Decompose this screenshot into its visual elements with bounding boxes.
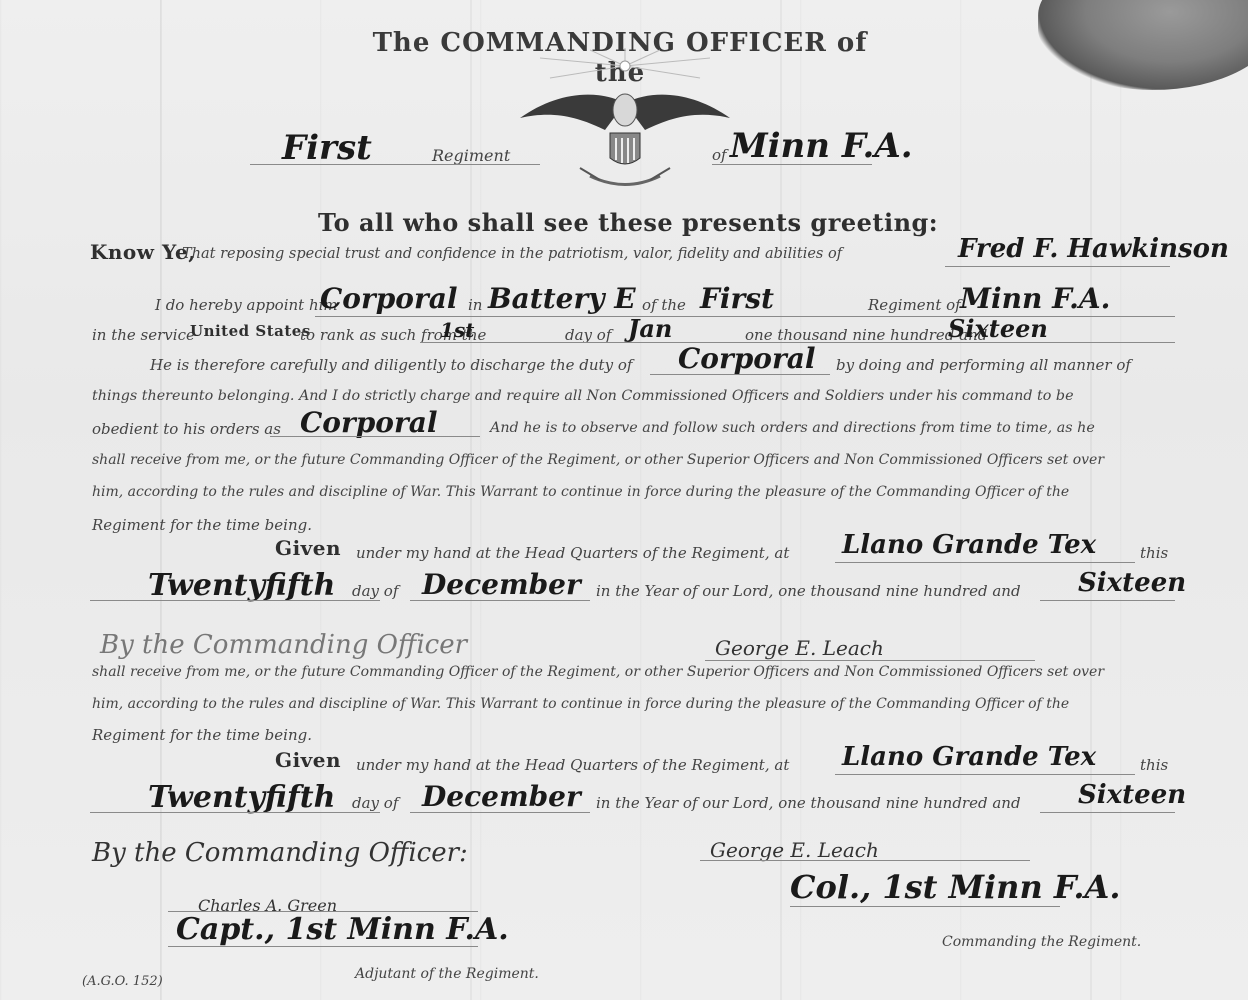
body-line-2-reg: Regiment of (868, 296, 961, 314)
given-text-d: in the Year of our Lord, one thousand ni… (596, 582, 1021, 600)
state-value: Minn F.A. (730, 126, 913, 166)
fill-line (835, 562, 1135, 563)
greeting-line: To all who shall see these presents gree… (318, 208, 938, 237)
rank-day: 1st (440, 318, 474, 342)
given-month: December (422, 568, 581, 601)
given-day: Twentyfifth (148, 780, 335, 815)
rank-month: Jan (628, 314, 672, 343)
signature-line (700, 860, 1030, 861)
battery-value: Battery E (488, 282, 636, 315)
given-year: Sixteen (1078, 780, 1186, 810)
fill-line (712, 164, 872, 165)
fill-line (270, 436, 480, 437)
body-line-2a: I do hereby appoint him (155, 296, 338, 314)
adjutant-title: Adjutant of the Regiment. (355, 966, 539, 982)
by-commanding-officer: By the Commanding Officer: (92, 838, 468, 868)
fill-line (410, 812, 590, 813)
given-text-d: in the Year of our Lord, one thousand ni… (596, 794, 1021, 812)
fill-line (250, 164, 540, 165)
fill-line (945, 266, 1170, 267)
overlay-signature: George E. Leach (715, 636, 884, 660)
body-line-4a: He is therefore carefully and diligently… (150, 356, 632, 374)
given-word: Given (275, 748, 341, 772)
fill-line (1040, 600, 1175, 601)
fill-line (90, 600, 380, 601)
body-line-2-in: in (468, 296, 482, 314)
body-line-1: That reposing special trust and confiden… (182, 246, 842, 262)
commander-title: Commanding the Regiment. (942, 934, 1141, 950)
regiment-label: Regiment (432, 146, 510, 165)
fill-line (1040, 812, 1175, 813)
signature-line (705, 660, 1035, 661)
overlay-line-9: Regiment for the time being. (92, 726, 312, 744)
body-line-6a: obedient to his orders as (92, 420, 281, 438)
body-line-9: Regiment for the time being. (92, 516, 312, 534)
fold-crease (1090, 0, 1092, 1000)
regiment-name: First (700, 282, 774, 315)
regiment-value: First (282, 128, 372, 168)
service-value: United States (190, 322, 311, 340)
eagle-shield-icon (500, 48, 750, 198)
form-number: (A.G.O. 152) (82, 974, 163, 989)
fill-line (650, 374, 830, 375)
commander-signature: George E. Leach (710, 838, 879, 862)
body-line-5: things thereunto belonging. And I do str… (92, 388, 1074, 404)
given-place: Llano Grande Tex (842, 530, 1096, 560)
body-line-4b: by doing and performing all manner of (836, 356, 1131, 374)
know-ye: Know Ye, (90, 240, 196, 264)
given-month: December (422, 780, 581, 813)
given-text-a: under my hand at the Head Quarters of th… (356, 544, 789, 562)
duty-rank: Corporal (678, 342, 816, 375)
given-text-c: day of (352, 794, 398, 812)
fill-line (835, 774, 1135, 775)
body-line-3a: in the service (92, 326, 195, 344)
body-line-8: him, according to the rules and discipli… (92, 484, 1069, 500)
of-label: of (712, 146, 727, 164)
given-place: Llano Grande Tex (842, 742, 1096, 772)
fill-line (410, 600, 590, 601)
overlay-by-officer: By the Commanding Officer (100, 630, 467, 660)
commander-rank: Col., 1st Minn F.A. (790, 868, 1120, 906)
water-stain (1038, 0, 1248, 90)
given-text-a: under my hand at the Head Quarters of th… (356, 756, 789, 774)
given-text-b: this (1140, 756, 1168, 774)
appointee-name: Fred F. Hawkinson (958, 234, 1229, 264)
appointed-rank: Corporal (320, 282, 458, 315)
body-line-7: shall receive from me, or the future Com… (92, 452, 1104, 468)
given-word: Given (275, 536, 341, 560)
warrant-document: The COMMANDING OFFICER of the First Regi… (0, 0, 1248, 1000)
adjutant-rank: Capt., 1st Minn F.A. (176, 912, 509, 947)
given-year: Sixteen (1078, 568, 1186, 598)
given-text-c: day of (352, 582, 398, 600)
body-line-2-of: of the (642, 296, 686, 314)
rank-year: Sixteen (948, 314, 1048, 343)
body-line-6b: And he is to observe and follow such ord… (490, 420, 1095, 436)
unit-name: Minn F.A. (960, 282, 1110, 315)
given-text-b: this (1140, 544, 1168, 562)
orders-rank: Corporal (300, 406, 438, 439)
given-day: Twentyfifth (148, 568, 335, 603)
fill-line (168, 946, 478, 947)
fill-line (790, 906, 1060, 907)
overlay-line-7: shall receive from me, or the future Com… (92, 664, 1104, 680)
fill-line (90, 812, 380, 813)
overlay-line-8: him, according to the rules and discipli… (92, 696, 1069, 712)
